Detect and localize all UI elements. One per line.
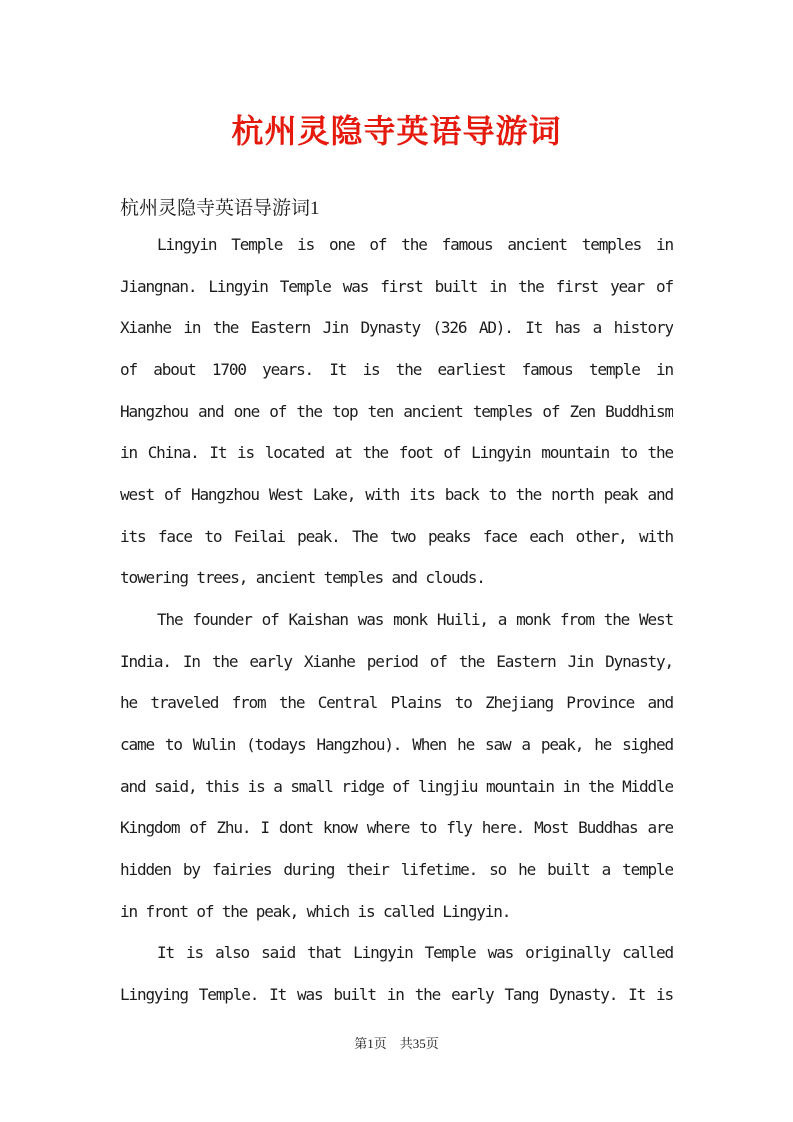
body-line: Hangzhou and one of the top ten ancient … xyxy=(120,391,673,433)
total-pages-label: 共35页 xyxy=(400,1036,439,1051)
body-line: its face to Feilai peak. The two peaks f… xyxy=(120,516,673,558)
body-line: west of Hangzhou West Lake, with its bac… xyxy=(120,474,673,516)
body-line: towering trees, ancient temples and clou… xyxy=(120,557,673,599)
body-line: Lingyin Temple is one of the famous anci… xyxy=(120,224,673,266)
body-line: hidden by fairies during their lifetime.… xyxy=(120,849,673,891)
body-line: Lingying Temple. It was built in the ear… xyxy=(120,974,673,1016)
body-line: he traveled from the Central Plains to Z… xyxy=(120,682,673,724)
body-line: It is also said that Lingyin Temple was … xyxy=(120,932,673,974)
document-page: 杭州灵隐寺英语导游词 杭州灵隐寺英语导游词1 Lingyin Temple is… xyxy=(0,0,793,1122)
body-line: The founder of Kaishan was monk Huili, a… xyxy=(120,599,673,641)
body-line: came to Wulin (todays Hangzhou). When he… xyxy=(120,724,673,766)
body-line: in front of the peak, which is called Li… xyxy=(120,891,673,933)
body-line: and said, this is a small ridge of lingj… xyxy=(120,766,673,808)
section-heading: 杭州灵隐寺英语导游词1 xyxy=(120,193,320,220)
body-line: of about 1700 years. It is the earliest … xyxy=(120,349,673,391)
page-footer: 第1页共35页 xyxy=(0,1033,793,1052)
body-line: India. In the early Xianhe period of the… xyxy=(120,641,673,683)
body-line: Kingdom of Zhu. I dont know where to fly… xyxy=(120,807,673,849)
document-body: Lingyin Temple is one of the famous anci… xyxy=(120,224,673,1015)
body-line: Jiangnan. Lingyin Temple was first built… xyxy=(120,266,673,308)
body-line: Xianhe in the Eastern Jin Dynasty (326 A… xyxy=(120,307,673,349)
body-line: in China. It is located at the foot of L… xyxy=(120,432,673,474)
document-title: 杭州灵隐寺英语导游词 xyxy=(0,106,793,152)
page-number-label: 第1页 xyxy=(354,1036,387,1051)
